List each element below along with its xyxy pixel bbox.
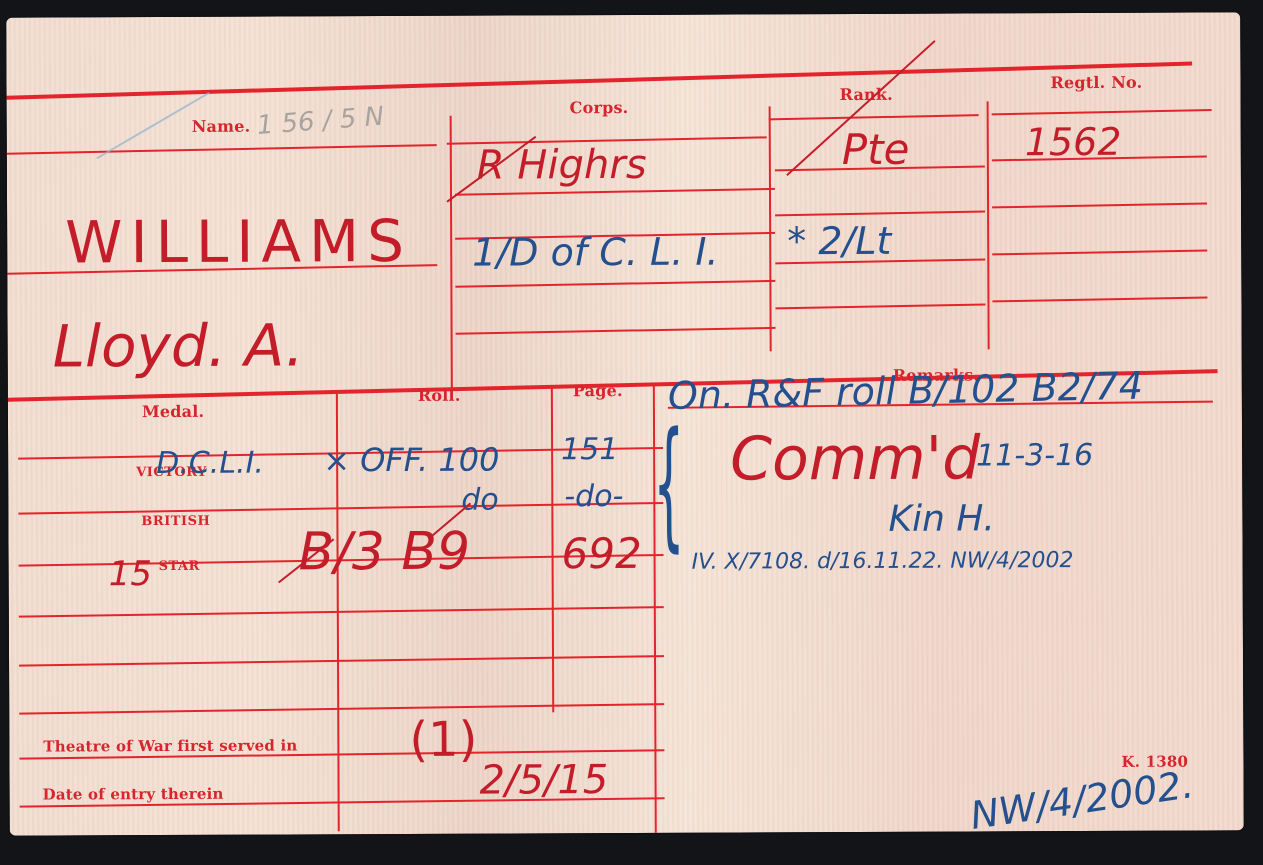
date-label: Date of entry therein — [43, 785, 224, 804]
victory-prefix: D.C.L.I. — [156, 449, 264, 479]
medal-rule-4 — [19, 606, 664, 618]
regt-no-header: Regtl. No. — [1050, 73, 1142, 92]
top-border-rule — [7, 62, 1193, 100]
name-header-rule — [7, 144, 437, 155]
medal-index-card: Name. Corps. Rank. Regtl. No. Medal. Rol… — [6, 12, 1244, 835]
corps-entry-1: R Highrs — [477, 145, 647, 186]
british-roll: do — [461, 486, 499, 516]
surname: WILLIAMS — [65, 212, 412, 272]
regt-rule-2 — [992, 202, 1207, 208]
pencil-note: 1 56 / 5 N — [256, 104, 385, 139]
roll-page-divider — [551, 387, 554, 712]
remarks-brace: { — [653, 415, 685, 555]
remarks-initials: Kin H. — [888, 501, 995, 537]
rank-regt-divider — [987, 101, 990, 349]
star-roll: B/3 B9 — [298, 526, 470, 579]
regt-header-rule — [992, 109, 1212, 115]
remarks-commissioned: Comm'd — [730, 428, 980, 489]
corps-rule-3 — [455, 280, 775, 288]
corps-entry-2: 1/D of C. L. I. — [472, 233, 719, 272]
corps-rule-4 — [456, 327, 776, 335]
date-of-entry: 2/5/15 — [479, 760, 608, 801]
remarks-reference: IV. X/7108. d/16.11.22. NW/4/2002 — [692, 550, 1074, 574]
name-corps-divider — [450, 116, 453, 396]
rank-rule-4 — [775, 303, 985, 309]
regt-no-entry: 1562 — [1025, 123, 1122, 161]
medal-rule-6 — [19, 703, 664, 715]
medal-header: Medal. — [142, 402, 204, 421]
medal-british-label: BRITISH — [141, 514, 210, 529]
theatre-entry: (1) — [409, 716, 477, 764]
rank-header-rule — [769, 114, 979, 120]
remarks-commissioned-date: 11-3-16 — [976, 441, 1093, 472]
rank-entry-2: * 2/Lt — [787, 222, 891, 260]
page-header: Page. — [573, 381, 623, 400]
rank-entry-1: Pte — [842, 129, 910, 171]
rank-rule-2 — [775, 210, 985, 216]
theatre-label: Theatre of War first served in — [43, 736, 297, 755]
corps-rule-1 — [455, 188, 775, 196]
footer-stamp: NW/4/2002. — [968, 765, 1196, 835]
regt-rule-4 — [992, 296, 1207, 302]
roll-header: Roll. — [418, 386, 461, 405]
victory-roll: × OFF. 100 — [323, 444, 499, 477]
corps-rank-divider — [769, 106, 772, 351]
name-header: Name. — [192, 117, 251, 136]
victory-page: 151 — [561, 435, 618, 465]
regt-rule-3 — [992, 249, 1207, 255]
medal-rule-5 — [19, 655, 664, 667]
star-page: 692 — [561, 533, 641, 575]
star-prefix: 15 — [109, 557, 152, 591]
medal-star-label: STAR — [159, 559, 200, 574]
forenames: Lloyd. A. — [53, 316, 304, 375]
remarks-line-1: On. R&F roll B/102 B2/74 — [667, 367, 1143, 415]
british-page: -do- — [564, 482, 623, 512]
corps-header: Corps. — [570, 98, 629, 117]
